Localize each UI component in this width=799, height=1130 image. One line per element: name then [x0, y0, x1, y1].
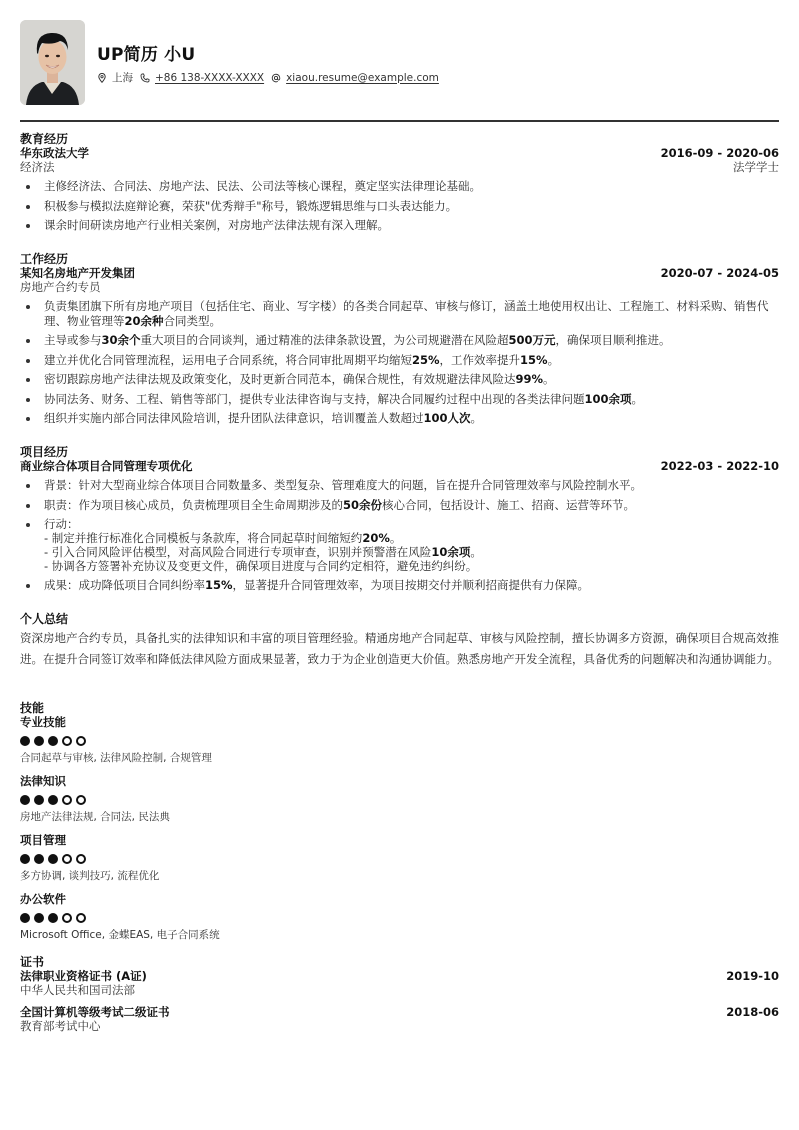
contact-location: 上海: [97, 70, 133, 85]
skill-item: 法律知识房地产法律法规, 合同法, 民法典: [20, 774, 779, 823]
filled-dot-icon: [48, 795, 58, 805]
section-title-work: 工作经历: [20, 252, 779, 266]
certificates-section: 证书 法律职业资格证书 (A证) 2019-10 中华人民共和国司法部 全国计算…: [20, 955, 779, 1033]
skill-item: 办公软件Microsoft Office, 金蝶EAS, 电子合同系统: [20, 892, 779, 941]
empty-dot-icon: [62, 854, 72, 864]
work-section: 工作经历 某知名房地产开发集团 2020-07 - 2024-05 房地产合约专…: [20, 252, 779, 431]
list-item: 职责：作为项目核心成员，负责梳理项目全生命周期涉及的50余份核心合同，包括设计、…: [20, 498, 779, 513]
skills-list: 专业技能合同起草与审核, 法律风险控制, 合规管理法律知识房地产法律法规, 合同…: [20, 715, 779, 941]
empty-dot-icon: [62, 913, 72, 923]
skill-description: 多方协调, 谈判技巧, 流程优化: [20, 870, 779, 882]
list-item: 成果：成功降低项目合同纠纷率15%，显著提升合同管理效率，为项目按期交付并顺利招…: [20, 578, 779, 593]
certificate-date: 2019-10: [726, 969, 779, 983]
degree: 法学学士: [733, 160, 779, 174]
filled-dot-icon: [48, 854, 58, 864]
section-title-summary: 个人总结: [20, 612, 779, 626]
list-item: 建立并优化合同管理流程，运用电子合同系统，将合同审批周期平均缩短25%，工作效率…: [20, 353, 779, 368]
job-role: 房地产合约专员: [20, 280, 779, 294]
work-dates: 2020-07 - 2024-05: [661, 266, 779, 280]
education-entry-header: 华东政法大学 2016-09 - 2020-06: [20, 146, 779, 160]
skill-item: 专业技能合同起草与审核, 法律风险控制, 合规管理: [20, 715, 779, 764]
filled-dot-icon: [20, 854, 30, 864]
list-item: 负责集团旗下所有房地产项目（包括住宅、商业、写字楼）的各类合同起草、审核与修订，…: [20, 299, 779, 328]
major: 经济法: [20, 160, 55, 174]
section-title-education: 教育经历: [20, 132, 779, 146]
skill-level-rating: [20, 795, 779, 805]
skill-level-rating: [20, 913, 779, 923]
contact-phone[interactable]: +86 138-XXXX-XXXX: [140, 72, 264, 84]
skill-level-rating: [20, 736, 779, 746]
resume-header: UP简历 小U 上海 +86 138-XXXX-XXXX: [20, 0, 779, 122]
list-item: 协同法务、财务、工程、销售等部门，提供专业法律咨询与支持，解决合同履约过程中出现…: [20, 392, 779, 407]
contact-email[interactable]: xiaou.resume@example.com: [271, 72, 439, 84]
list-item: 主修经济法、合同法、房地产法、民法、公司法等核心课程，奠定坚实法律理论基础。: [20, 179, 779, 194]
empty-dot-icon: [76, 854, 86, 864]
summary-text: 资深房地产合约专员，具备扎实的法律知识和丰富的项目管理经验。精通房地产合同起草、…: [20, 628, 779, 670]
location-pin-icon: [97, 73, 107, 83]
section-title-project: 项目经历: [20, 445, 779, 459]
list-item: 背景：针对大型商业综合体项目合同数量多、类型复杂、管理难度大的问题，旨在提升合同…: [20, 478, 779, 493]
school-name: 华东政法大学: [20, 146, 89, 160]
list-item: 课余时间研读房地产行业相关案例，对房地产法律法规有深入理解。: [20, 218, 779, 233]
at-sign-icon: [271, 73, 281, 83]
project-entry-header: 商业综合体项目合同管理专项优化 2022-03 - 2022-10: [20, 459, 779, 473]
education-section: 教育经历 华东政法大学 2016-09 - 2020-06 经济法 法学学士 主…: [20, 132, 779, 238]
certificate-date: 2018-06: [726, 1005, 779, 1019]
filled-dot-icon: [34, 854, 44, 864]
avatar: [20, 20, 85, 105]
project-section: 项目经历 商业综合体项目合同管理专项优化 2022-03 - 2022-10 背…: [20, 445, 779, 598]
list-item: 密切跟踪房地产法律法规及政策变化，及时更新合同范本，确保合规性，有效规避法律风险…: [20, 372, 779, 387]
filled-dot-icon: [34, 736, 44, 746]
list-item: 主导或参与30余个重大项目的合同谈判，通过精准的法律条款设置，为公司规避潜在风险…: [20, 333, 779, 348]
phone-icon: [140, 73, 150, 83]
filled-dot-icon: [20, 736, 30, 746]
candidate-name: UP简历 小U: [97, 40, 195, 65]
education-dates: 2016-09 - 2020-06: [661, 146, 779, 160]
education-bullets: 主修经济法、合同法、房地产法、民法、公司法等核心课程，奠定坚实法律理论基础。 积…: [20, 179, 779, 233]
certificate-entry: 全国计算机等级考试二级证书 2018-06 教育部考试中心: [20, 1005, 779, 1033]
filled-dot-icon: [48, 736, 58, 746]
summary-section: 个人总结 资深房地产合约专员，具备扎实的法律知识和丰富的项目管理经验。精通房地产…: [20, 612, 779, 670]
project-bullets: 背景：针对大型商业综合体项目合同数量多、类型复杂、管理难度大的问题，旨在提升合同…: [20, 478, 779, 593]
list-item: 组织并实施内部合同法律风险培训，提升团队法律意识，培训覆盖人数超过100人次。: [20, 411, 779, 426]
empty-dot-icon: [76, 736, 86, 746]
phone-link[interactable]: +86 138-XXXX-XXXX: [155, 72, 264, 84]
certificate-entry: 法律职业资格证书 (A证) 2019-10 中华人民共和国司法部: [20, 969, 779, 997]
empty-dot-icon: [62, 736, 72, 746]
skill-description: 合同起草与审核, 法律风险控制, 合规管理: [20, 752, 779, 764]
skill-name: 法律知识: [20, 774, 779, 788]
list-item: 积极参与模拟法庭辩论赛，荣获"优秀辩手"称号，锻炼逻辑思维与口头表达能力。: [20, 199, 779, 214]
education-sub-row: 经济法 法学学士: [20, 160, 779, 174]
work-bullets: 负责集团旗下所有房地产项目（包括住宅、商业、写字楼）的各类合同起草、审核与修订，…: [20, 299, 779, 426]
empty-dot-icon: [76, 795, 86, 805]
certificate-name: 法律职业资格证书 (A证): [20, 969, 147, 983]
filled-dot-icon: [34, 795, 44, 805]
empty-dot-icon: [62, 795, 72, 805]
certificate-issuer: 教育部考试中心: [20, 1019, 779, 1033]
list-item: 行动： - 制定并推行标准化合同模板与条款库，将合同起草时间缩短约20%。 - …: [20, 517, 779, 573]
skill-description: 房地产法律法规, 合同法, 民法典: [20, 811, 779, 823]
company-name: 某知名房地产开发集团: [20, 266, 135, 280]
filled-dot-icon: [20, 913, 30, 923]
project-name: 商业综合体项目合同管理专项优化: [20, 459, 193, 473]
section-title-skills: 技能: [20, 701, 779, 715]
empty-dot-icon: [76, 913, 86, 923]
skill-item: 项目管理多方协调, 谈判技巧, 流程优化: [20, 833, 779, 882]
section-title-certificates: 证书: [20, 955, 779, 969]
skills-section: 技能 专业技能合同起草与审核, 法律风险控制, 合规管理法律知识房地产法律法规,…: [20, 701, 779, 951]
work-entry-header: 某知名房地产开发集团 2020-07 - 2024-05: [20, 266, 779, 280]
skill-description: Microsoft Office, 金蝶EAS, 电子合同系统: [20, 929, 779, 941]
filled-dot-icon: [48, 913, 58, 923]
email-link[interactable]: xiaou.resume@example.com: [286, 72, 439, 84]
header-divider: [20, 120, 779, 122]
project-dates: 2022-03 - 2022-10: [661, 459, 779, 473]
contact-info: 上海 +86 138-XXXX-XXXX xiaou.resume@exampl…: [97, 70, 446, 85]
skill-name: 项目管理: [20, 833, 779, 847]
skill-name: 办公软件: [20, 892, 779, 906]
certificate-issuer: 中华人民共和国司法部: [20, 983, 779, 997]
resume-page: UP简历 小U 上海 +86 138-XXXX-XXXX: [20, 0, 779, 122]
certificate-name: 全国计算机等级考试二级证书: [20, 1005, 170, 1019]
skill-name: 专业技能: [20, 715, 779, 729]
filled-dot-icon: [20, 795, 30, 805]
skill-level-rating: [20, 854, 779, 864]
location-text: 上海: [112, 70, 133, 85]
filled-dot-icon: [34, 913, 44, 923]
